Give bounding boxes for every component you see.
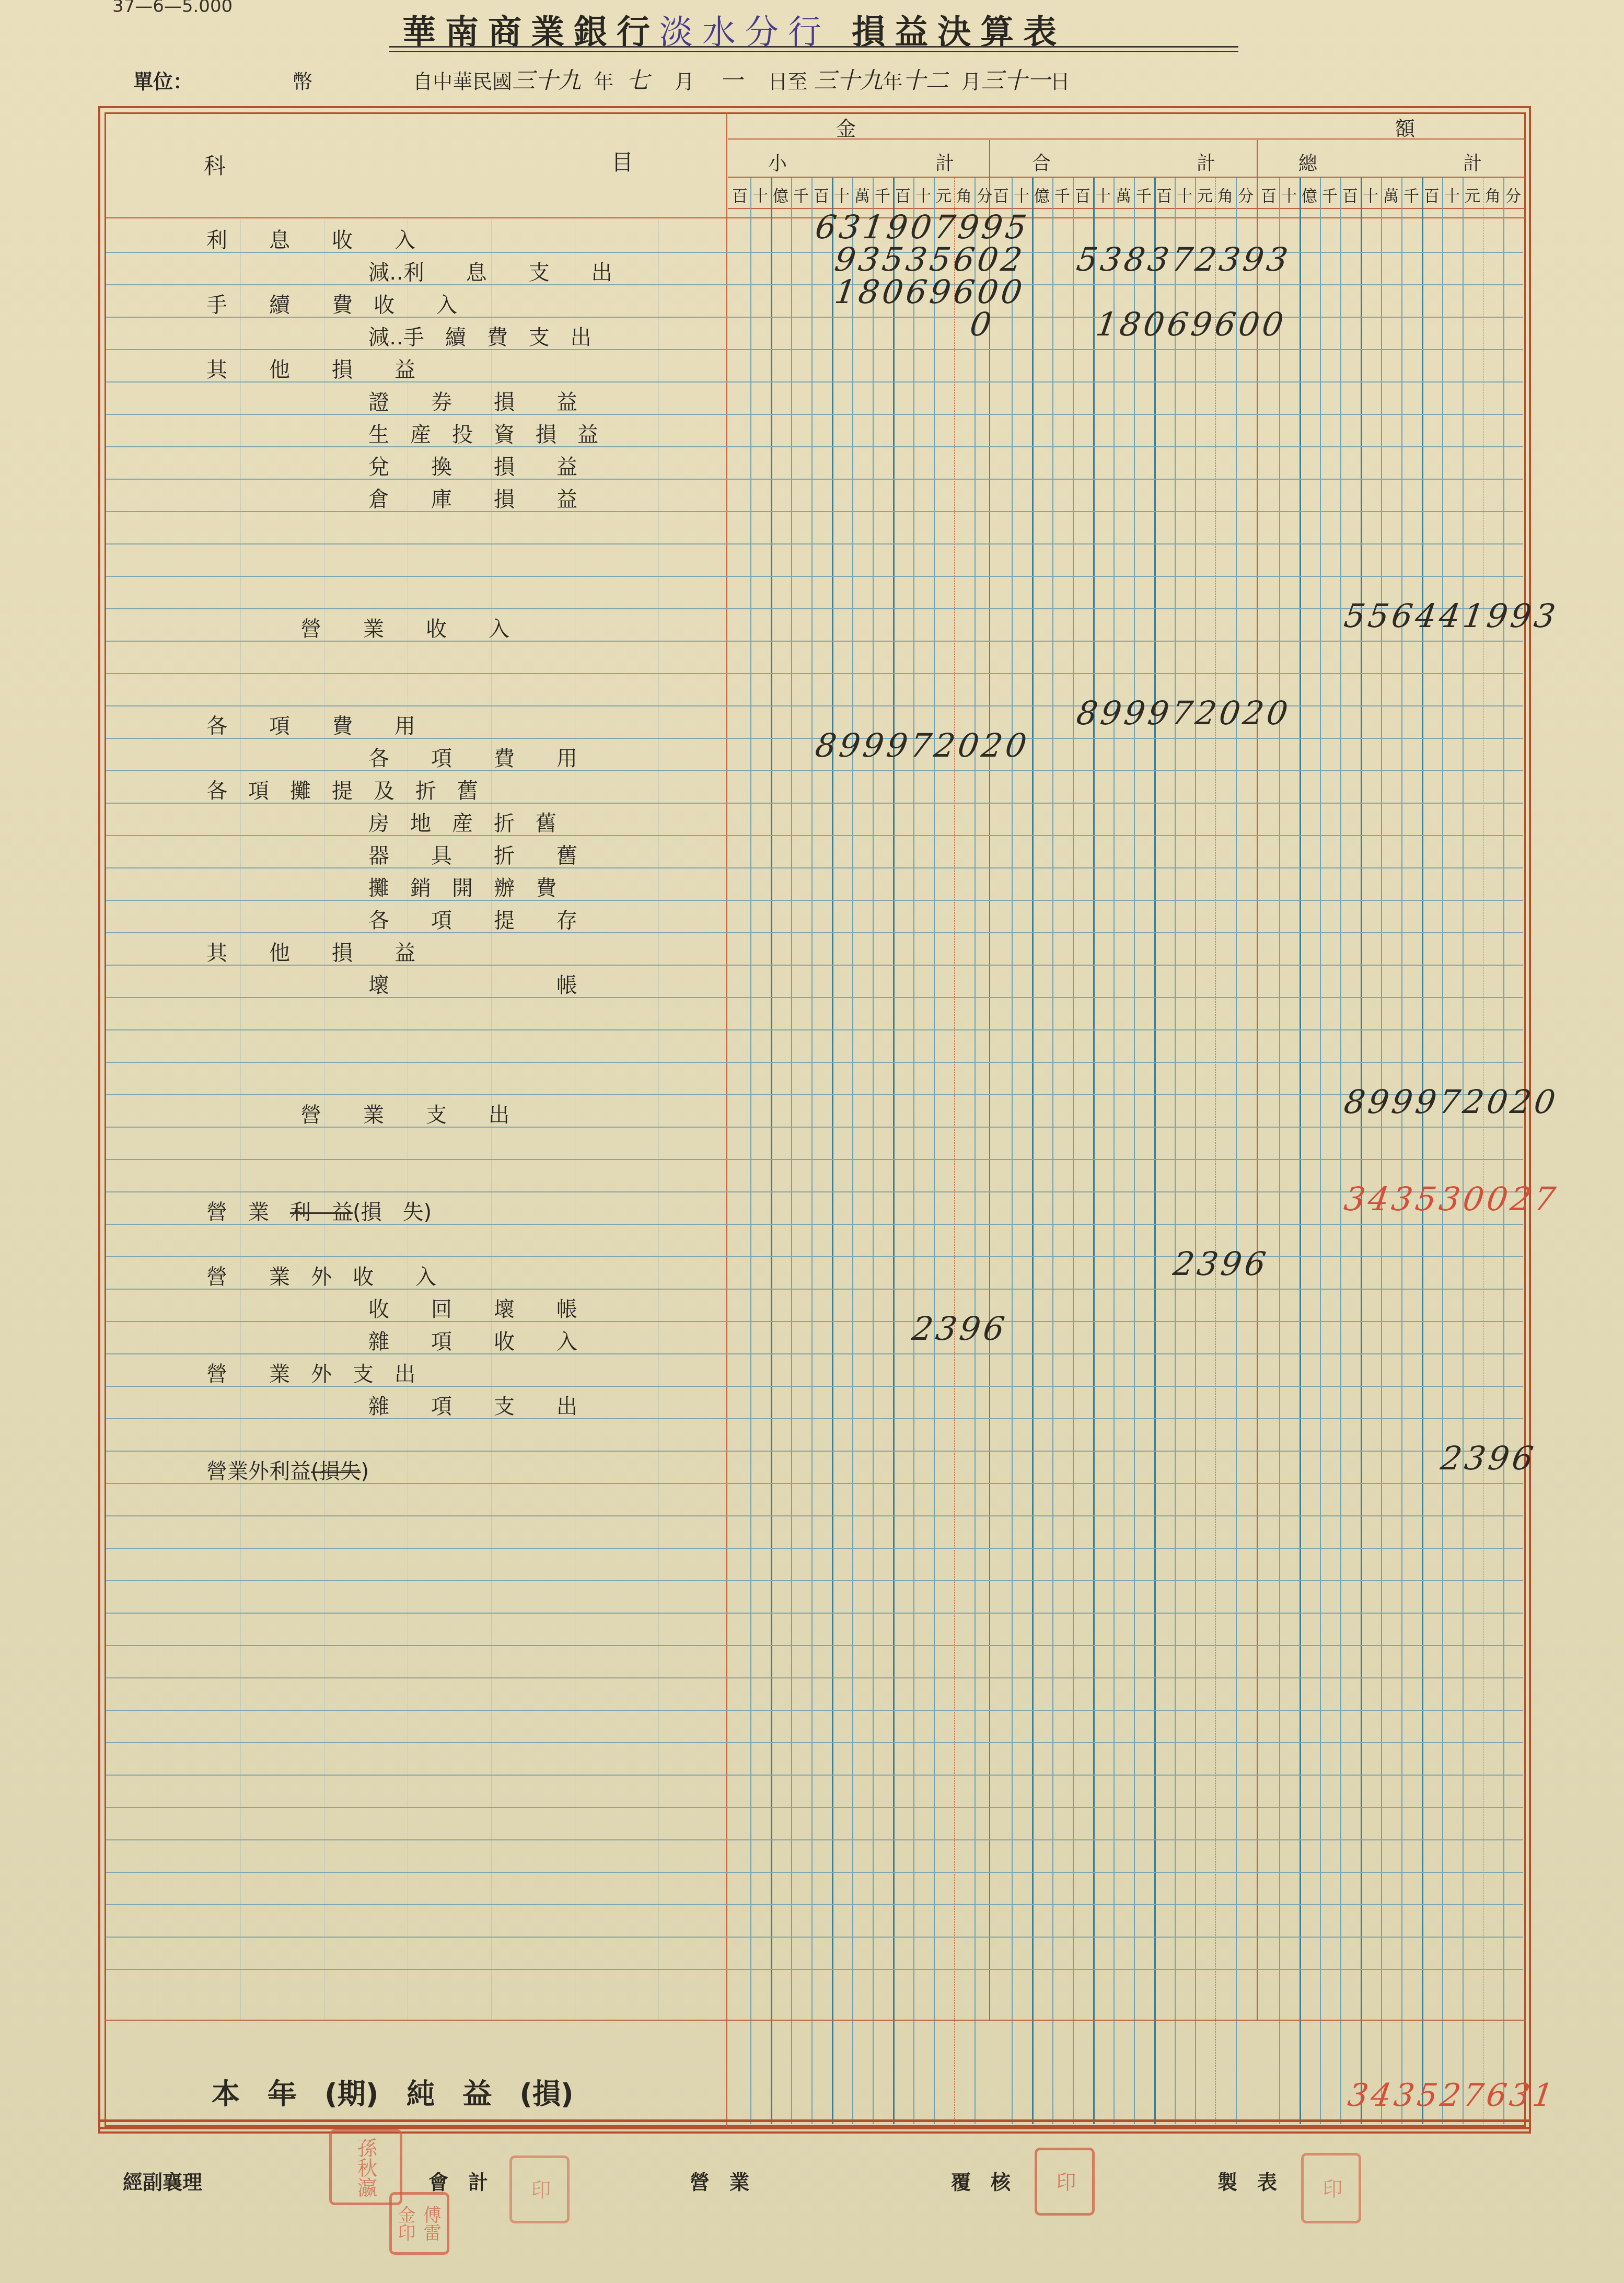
digit-column-rule [1154, 178, 1156, 2124]
subtotal-total-divider [989, 140, 990, 2021]
faint-column-rule [658, 219, 659, 2020]
digit-column-rule [1483, 178, 1483, 2124]
account-header-left: 科 [204, 149, 226, 180]
title-underline [389, 46, 1238, 48]
digit-column-rule [1361, 178, 1362, 2124]
net-label-mid: (期) 純 [296, 2078, 463, 2111]
account-row-label: 證 券 損 益 [368, 386, 577, 415]
final-double-rule-1 [99, 2119, 1531, 2122]
row-rule [106, 479, 1523, 480]
row-rule [106, 1969, 1523, 1970]
faint-column-rule [157, 219, 157, 2020]
net-result-amount: 343527631 [1345, 2077, 1558, 2114]
digit-column-rule [913, 178, 914, 2124]
digit-column-rule [1463, 178, 1464, 2124]
digit-column-rule [1052, 178, 1053, 2124]
digit-column-rule [1422, 178, 1423, 2124]
digit-header-subtotal-0: 百 [730, 183, 750, 206]
start-day: 一 [720, 67, 743, 94]
digit-header-subtotal-6: 萬 [852, 183, 872, 206]
label-part-label-a: 營業外利益 [206, 1459, 311, 1484]
digit-header-subtotal-10: 元 [934, 183, 954, 206]
account-row-label: 各 項 費 用 [368, 742, 577, 772]
row-rule [106, 1548, 1523, 1549]
amount-total: 2396 [1171, 1245, 1271, 1283]
account-row-label: 器 具 折 舊 [368, 839, 577, 869]
label-part-label-b: (損 失) [353, 1200, 432, 1224]
seal-stamp-review: 印 [1035, 2148, 1095, 2216]
digit-header-total-0: 百 [991, 183, 1011, 206]
label-part-label-struck: 利 益 [290, 1200, 353, 1224]
row-rule [106, 1353, 1523, 1354]
digit-column-rule [1032, 178, 1034, 2124]
row-rule [106, 446, 1523, 447]
digit-column-rule [1073, 178, 1074, 2124]
digit-column-rule [852, 178, 853, 2124]
digit-column-rule [975, 178, 976, 2124]
digit-header-subtotal-9: 十 [913, 183, 933, 206]
account-row-label: 營 業 外 收 入 [206, 1260, 436, 1290]
account-row-label: 營 業 支 出 [300, 1098, 509, 1128]
digit-column-rule [1401, 178, 1402, 2124]
account-row-label: 營業外利益(損失) [206, 1455, 369, 1485]
row-rule [106, 349, 1523, 350]
digit-header-total-4: 百 [1073, 183, 1093, 206]
row-rule [106, 1775, 1523, 1776]
total-grand-divider [1257, 140, 1258, 2021]
amount-subtotal: 2396 [910, 1309, 1010, 1348]
amount-grand-total: 899972020 [1342, 1083, 1561, 1121]
digit-header-subtotal-3: 千 [791, 183, 811, 206]
digit-header-subtotal-5: 十 [832, 183, 852, 206]
row-rule [106, 932, 1523, 933]
digit-header-subtotal-4: 百 [811, 183, 831, 206]
row-rule [106, 835, 1523, 836]
row-rule [106, 1580, 1523, 1581]
account-row-label: 各 項 費 用 [206, 710, 415, 739]
account-row-label: 兌 換 損 益 [368, 450, 577, 480]
digit-header-grand_total-11: 角 [1483, 183, 1503, 206]
digit-header-grand_total-6: 萬 [1381, 183, 1401, 206]
digit-column-rule [791, 178, 792, 2124]
unit-value: 幣 [293, 65, 312, 94]
row-rule [106, 1029, 1523, 1030]
digit-header-total-11: 角 [1215, 183, 1235, 206]
digit-header-subtotal-11: 角 [954, 183, 974, 206]
digit-header-grand_total-0: 百 [1259, 183, 1279, 206]
label-part-label-struck: (損失 [311, 1459, 361, 1484]
account-row-label: 減‥手 續 費 支 出 [368, 321, 591, 351]
account-header-right: 目 [611, 145, 633, 177]
faint-column-rule [240, 219, 241, 2020]
digit-column-rule [873, 178, 874, 2124]
signature-accounting-label: 會 計 [428, 2166, 488, 2195]
digit-header-grand_total-2: 億 [1300, 183, 1319, 206]
row-rule [106, 1839, 1523, 1840]
account-row-label: 攤 銷 開 辦 費 [368, 872, 556, 901]
digit-column-rule [1236, 178, 1237, 2124]
digit-header-total-10: 元 [1195, 183, 1215, 206]
row-rule [106, 1062, 1523, 1063]
header-bottom-rule [106, 217, 1525, 218]
start-month: 七 [626, 67, 649, 94]
amount-grand-total: 343530027 [1342, 1180, 1561, 1218]
digit-column-rule [1012, 178, 1013, 2124]
row-rule [106, 1094, 1523, 1095]
seal-stamp-manager-2: 傅雷金印 [389, 2192, 449, 2255]
subtotal-header-b: 計 [935, 149, 954, 176]
digit-column-rule [771, 178, 772, 2124]
day-char: 日至 [768, 70, 807, 93]
net-result-label: 本 年 (期) 純 益 (損) [212, 2072, 574, 2112]
seal-stamp-preparer: 印 [1301, 2153, 1361, 2223]
month-char: 月 [675, 70, 694, 93]
account-row-label: 其 他 損 益 [206, 353, 415, 383]
row-rule [106, 414, 1523, 415]
account-row-label: 各 項 攤 提 及 折 舊 [206, 774, 478, 804]
digit-header-subtotal-7: 千 [873, 183, 892, 206]
digit-column-rule [1279, 178, 1280, 2124]
digit-header-total-8: 百 [1154, 183, 1174, 206]
digit-column-rule [1113, 178, 1115, 2124]
title-underline-2 [389, 51, 1238, 52]
digit-header-subtotal-8: 百 [893, 183, 913, 206]
digit-header-grand_total-4: 百 [1340, 183, 1360, 206]
digit-header-subtotal-2: 億 [771, 183, 791, 206]
digit-column-rule [1195, 178, 1196, 2124]
label-part-label-b: ) [361, 1459, 369, 1484]
row-rule [106, 1645, 1523, 1646]
day-end-char: 日 [1050, 70, 1070, 93]
digit-column-rule [1175, 178, 1176, 2124]
final-double-rule-2 [99, 2127, 1531, 2129]
row-rule [106, 1418, 1523, 1419]
digit-header-grand_total-1: 十 [1279, 183, 1299, 206]
signature-preparer-label: 製 表 [1217, 2166, 1277, 2195]
digit-header-total-3: 千 [1052, 183, 1072, 206]
row-rule [106, 1613, 1523, 1614]
digit-header-grand_total-5: 十 [1361, 183, 1381, 206]
account-row-label: 其 他 損 益 [206, 936, 415, 966]
row-rule [106, 900, 1523, 901]
account-row-label: 雜 項 支 出 [368, 1390, 577, 1420]
subtotal-header-a: 小 [768, 149, 787, 176]
digit-column-rule [1300, 178, 1301, 2124]
row-rule [106, 1159, 1523, 1160]
row-rule [106, 1807, 1523, 1808]
digit-header-total-12: 分 [1236, 183, 1256, 206]
row-rule [106, 543, 1523, 544]
start-year: 三十九 [512, 67, 581, 94]
amount-subtotal: 18069600 [832, 273, 1028, 311]
digit-header-total-2: 億 [1032, 183, 1052, 206]
digit-column-rule [893, 178, 895, 2124]
digit-header-total-5: 十 [1093, 183, 1113, 206]
row-rule [106, 1937, 1523, 1938]
month-char-2: 月 [961, 70, 981, 93]
digit-header-total-1: 十 [1012, 183, 1031, 206]
row-rule [106, 1904, 1523, 1905]
digit-column-rule [1320, 178, 1321, 2124]
row-rule [106, 1256, 1523, 1257]
row-rule [106, 770, 1523, 771]
end-day: 三十一 [981, 67, 1050, 94]
net-label-struck-profit: 益 [463, 2078, 491, 2111]
amount-grand-total: 556441993 [1342, 597, 1561, 635]
seal-stamp-accounting: 印 [509, 2155, 570, 2223]
account-row-label: 減‥利 息 支 出 [368, 256, 612, 286]
digit-header-subtotal-1: 十 [750, 183, 770, 206]
digit-column-rule [750, 178, 751, 2124]
digit-header-total-9: 十 [1175, 183, 1194, 206]
digit-column-rule [1093, 178, 1095, 2124]
reporting-period: 自中華民國三十九 年 七 月 一 日至 三十九年十二 月三十一日 [413, 62, 1070, 95]
year-char: 年 [594, 70, 613, 93]
digit-column-rule [934, 178, 935, 2124]
digit-header-grand_total-9: 十 [1442, 183, 1462, 206]
digit-column-rule [832, 178, 833, 2124]
row-rule [106, 576, 1523, 577]
row-rule [106, 284, 1523, 285]
digit-header-grand_total-3: 千 [1320, 183, 1340, 206]
account-row-label: 雜 項 收 入 [368, 1325, 577, 1355]
period-prefix: 自中華民國 [413, 70, 512, 93]
row-rule [106, 1742, 1523, 1743]
signature-business-label: 營 業 [690, 2166, 749, 2195]
row-rule [106, 1321, 1523, 1322]
account-row-label: 營 業 利 益(損 失) [206, 1196, 432, 1225]
signature-review-label: 覆 核 [951, 2166, 1011, 2195]
row-rule [106, 1872, 1523, 1873]
digit-header-grand_total-12: 分 [1503, 183, 1523, 206]
signature-manager-label: 經副襄理 [123, 2166, 202, 2195]
row-rule [106, 1191, 1523, 1192]
account-row-label: 利 息 收 入 [206, 224, 415, 253]
account-row-label: 營 業 收 入 [300, 612, 509, 642]
form-code: 37—6—5.000 [112, 0, 233, 17]
digit-header-total-7: 千 [1134, 183, 1154, 206]
digit-column-rule [1340, 178, 1341, 2124]
label-part-label-a: 營 業 [206, 1200, 290, 1224]
amount-total: 18069600 [1094, 305, 1289, 343]
row-rule [106, 511, 1523, 512]
row-rule [106, 1451, 1523, 1452]
digit-column-rule [1134, 178, 1135, 2124]
grid-bottom-rule [105, 2020, 1526, 2021]
net-label-struck-year: 年 [268, 2078, 296, 2111]
grand-total-header-b: 計 [1463, 149, 1482, 176]
row-rule [106, 1515, 1523, 1516]
net-label-b: (損) [491, 2078, 573, 2111]
account-row-label: 各 項 提 存 [368, 904, 577, 934]
header-rule-2 [728, 177, 1525, 178]
account-row-label: 房 地 産 折 舊 [368, 807, 556, 837]
account-row-label: 壞 帳 [368, 969, 577, 999]
digit-header-total-6: 萬 [1113, 183, 1133, 206]
grand-total-header-a: 總 [1298, 149, 1317, 176]
row-rule [106, 673, 1523, 674]
amount-total: 899972020 [1074, 694, 1293, 732]
digit-column-rule [811, 178, 813, 2124]
amount-total: 538372393 [1074, 240, 1293, 279]
row-rule [106, 608, 1523, 609]
digit-header-grand_total-7: 千 [1401, 183, 1421, 206]
amount-header-left: 金 [836, 112, 856, 141]
digit-header-grand_total-10: 元 [1463, 183, 1482, 206]
total-header-a: 合 [1032, 149, 1051, 176]
digit-column-rule [1215, 178, 1216, 2124]
account-row-label: 倉 庫 損 益 [368, 483, 577, 513]
digit-column-rule [954, 178, 955, 2124]
amount-header-right: 額 [1395, 112, 1415, 141]
account-row-label: 營 業 外 支 出 [206, 1358, 415, 1387]
account-row-label: 手 續 費 收 入 [206, 288, 457, 318]
year-char-2: 年 [883, 70, 902, 93]
account-row-label: 收 回 壞 帳 [368, 1293, 577, 1323]
digit-column-rule [1442, 178, 1443, 2124]
total-header-b: 計 [1197, 149, 1215, 176]
end-year: 三十九 [814, 67, 883, 94]
row-rule [106, 705, 1523, 706]
end-month: 十二 [903, 67, 949, 94]
digit-header-grand_total-8: 百 [1422, 183, 1442, 206]
row-rule [106, 867, 1523, 868]
row-rule [106, 1677, 1523, 1678]
row-rule [106, 997, 1523, 998]
unit-label: 單位： [133, 65, 193, 94]
row-rule [106, 1710, 1523, 1711]
amount-subtotal: 899972020 [813, 726, 1032, 764]
digit-column-rule [1381, 178, 1382, 2124]
digit-column-rule [1503, 178, 1504, 2124]
net-label-a: 本 [212, 2078, 268, 2111]
amount-grand-total: 2396 [1439, 1439, 1539, 1477]
account-row-label: 生 産 投 資 損 益 [368, 418, 598, 448]
